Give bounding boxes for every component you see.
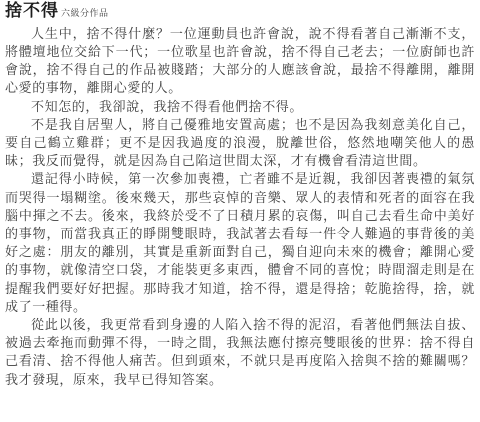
- essay-paragraph-3: 不是我自居聖人，將自己優雅地安置高處；也不是因為我刻意美化自己，要自己鶴立雞群；…: [5, 116, 475, 171]
- essay-paragraph-4: 還記得小時候，第一次參加喪禮，亡者雖不是近親，我卻因著喪禮的氣氛而哭得一塌糊塗。…: [5, 170, 475, 316]
- essay-title: 捨不得: [5, 2, 59, 21]
- essay-paragraph-1: 人生中，捨不得什麼？一位運動員也許會說，說不得看著自己漸漸不支，將體壇地位交給下…: [5, 25, 475, 98]
- essay-header: 捨不得 六級分作品: [5, 2, 475, 21]
- essay-body: 人生中，捨不得什麼？一位運動員也許會說，說不得看著自己漸漸不支，將體壇地位交給下…: [5, 25, 475, 389]
- essay-grade-label: 六級分作品: [61, 9, 109, 21]
- essay-paragraph-5: 從此以後，我更常看到身邊的人陷入捨不得的泥沼，看著他們無法自拔、被過去牽拖而動彈…: [5, 316, 475, 389]
- essay-paragraph-2: 不知怎的，我卻說，我捨不得看他們捨不得。: [5, 98, 475, 116]
- essay-page: 捨不得 六級分作品 人生中，捨不得什麼？一位運動員也許會說，說不得看著自己漸漸不…: [0, 0, 480, 422]
